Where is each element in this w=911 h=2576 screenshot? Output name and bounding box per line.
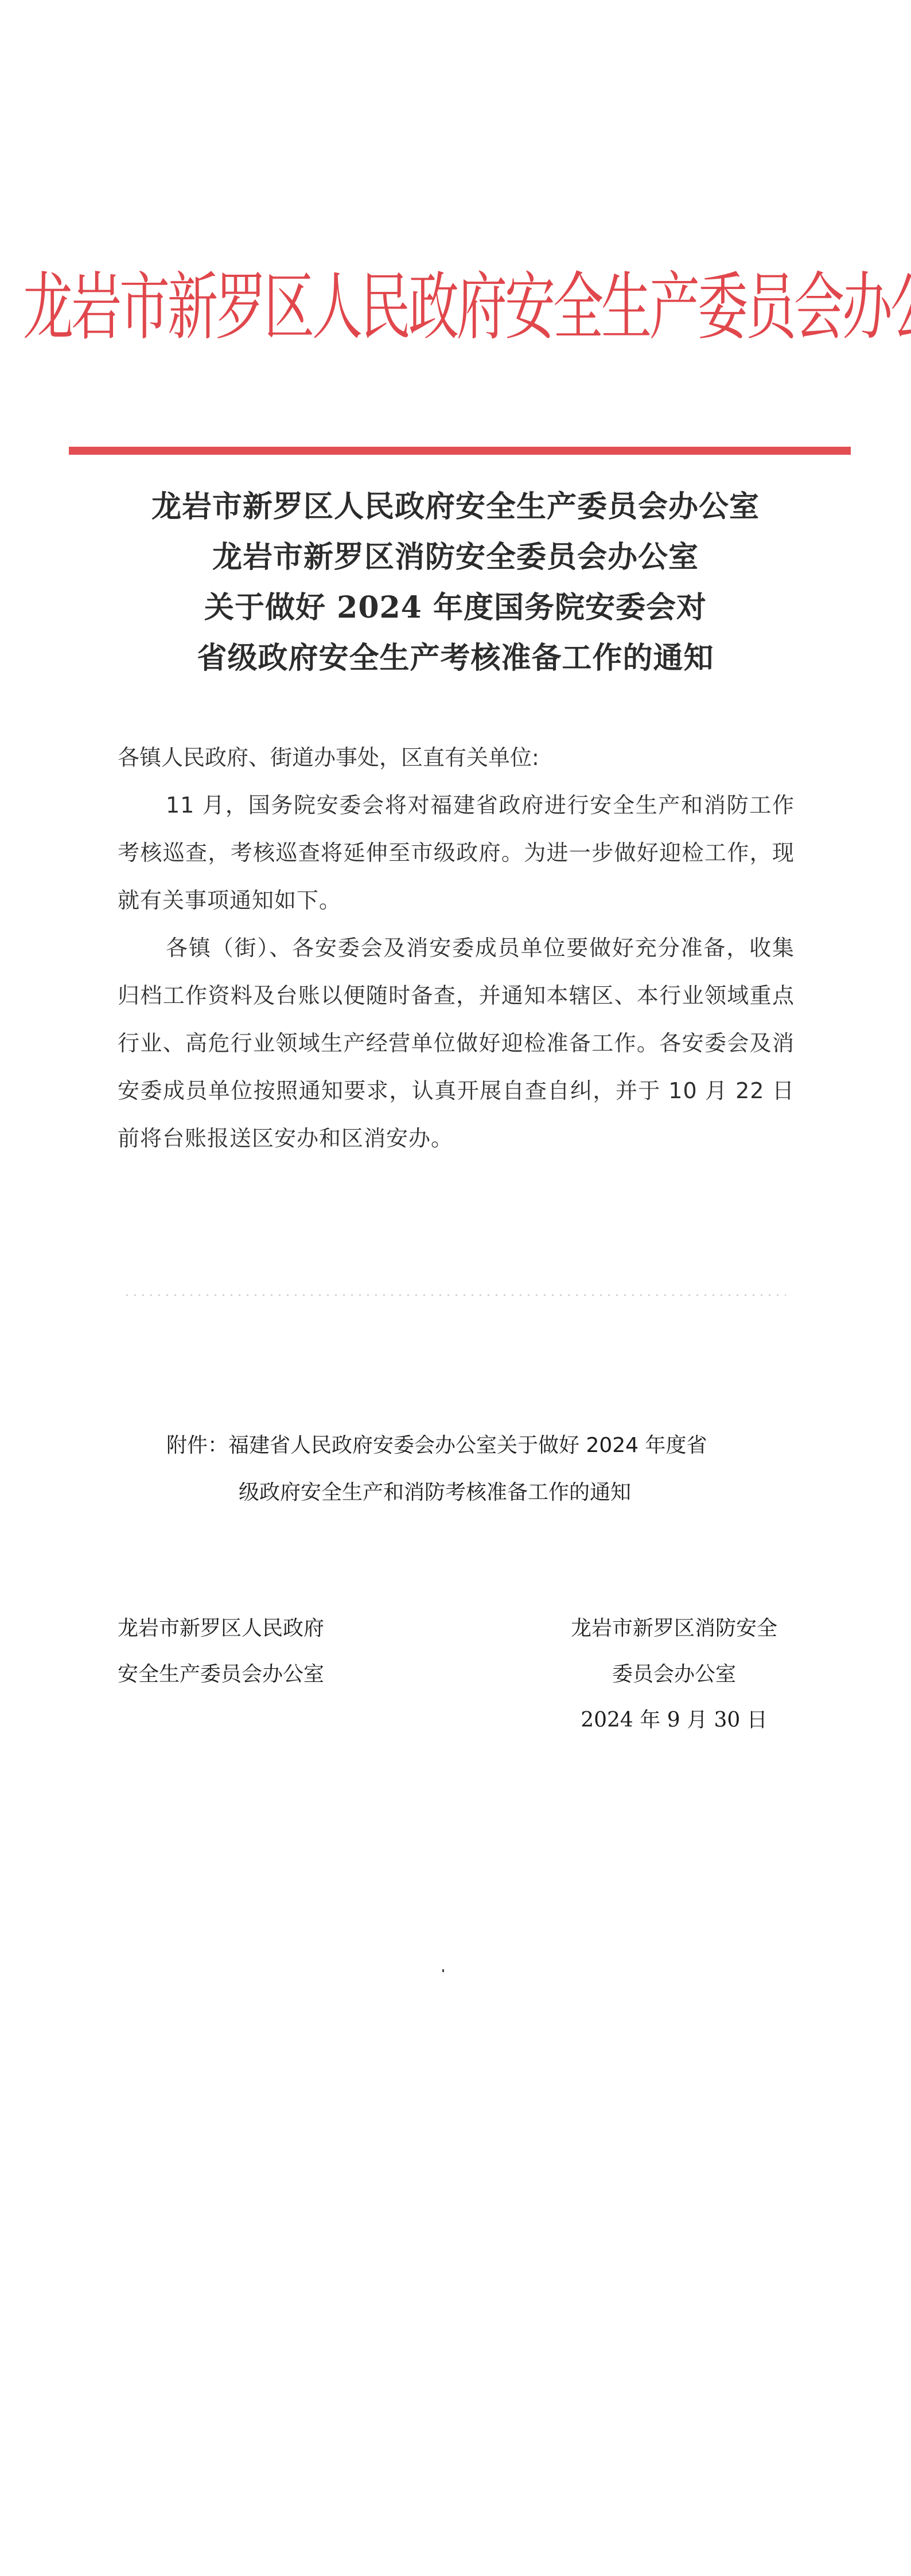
attachment-title-line-2: 级政府安全生产和消防考核准备工作的通知 (166, 1469, 797, 1516)
attachment-title-line-1: 福建省人民政府安委会办公室关于做好 2024 年度省 (228, 1434, 707, 1457)
title-line-2: 龙岩市新罗区消防安全委员会办公室 (0, 532, 911, 583)
signature-left-line-1: 龙岩市新罗区人民政府 (118, 1606, 404, 1652)
title-line-4: 省级政府安全生产考核准备工作的通知 (0, 633, 911, 684)
issue-date: 2024 年 9 月 30 日 (539, 1697, 809, 1743)
attachment-label: 附件： (166, 1434, 228, 1457)
title-line-3: 关于做好 2024 年度国务院安委会对 (0, 583, 911, 633)
attachment-note: 附件：福建省人民政府安委会办公室关于做好 2024 年度省 级政府安全生产和消防… (166, 1422, 797, 1516)
title-line-1: 龙岩市新罗区人民政府安全生产委员会办公室 (0, 482, 911, 532)
red-masthead-title: 龙岩市新罗区人民政府安全生产委员会办公室文件 (23, 261, 888, 354)
signature-right-line-2: 委员会办公室 (539, 1652, 809, 1697)
signature-right-line-1: 龙岩市新罗区消防安全 (539, 1606, 809, 1652)
scan-artifact-line (126, 1294, 786, 1296)
signature-left: 龙岩市新罗区人民政府 安全生产委员会办公室 (118, 1606, 404, 1697)
signature-right: 龙岩市新罗区消防安全 委员会办公室 2024 年 9 月 30 日 (539, 1606, 809, 1743)
signature-left-line-2: 安全生产委员会办公室 (118, 1652, 404, 1697)
red-divider-rule (69, 447, 851, 455)
document-title: 龙岩市新罗区人民政府安全生产委员会办公室 龙岩市新罗区消防安全委员会办公室 关于… (0, 482, 911, 684)
scan-speck (442, 1969, 444, 1972)
document-page: 龙岩市新罗区人民政府安全生产委员会办公室文件 龙岩市新罗区人民政府安全生产委员会… (0, 0, 911, 2576)
salutation: 各镇人民政府、街道办事处，区直有关单位: (118, 734, 795, 782)
body-paragraph-1: 11 月，国务院安委会将对福建省政府进行安全生产和消防工作考核巡查，考核巡查将延… (118, 782, 795, 924)
document-body: 各镇人民政府、街道办事处，区直有关单位: 11 月，国务院安委会将对福建省政府进… (118, 734, 795, 1162)
body-paragraph-2: 各镇（街）、各安委会及消安委成员单位要做好充分准备，收集归档工作资料及台账以便随… (118, 924, 795, 1162)
